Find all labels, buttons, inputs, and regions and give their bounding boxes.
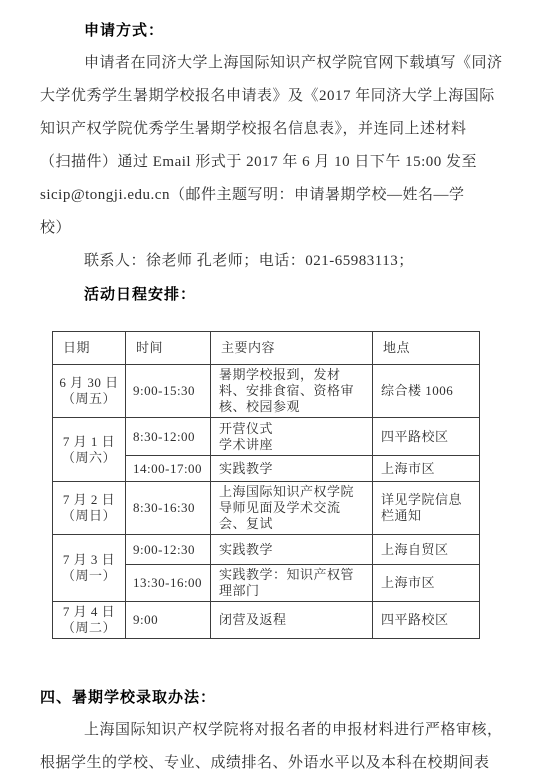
text-line: 校） <box>40 212 497 245</box>
text-line: 上海国际知识产权学院将对报名者的申报材料进行严格审核， <box>40 714 497 747</box>
location-cell: 上海自贸区 <box>373 535 480 565</box>
document-page: 申请方式： 申请者在同济大学上海国际知识产权学院官网下载填写《同济大学优秀学生暑… <box>0 0 536 784</box>
schedule-heading: 活动日程安排： <box>40 278 497 311</box>
table-row: 7 月 4 日 （周二）9:00闭营及返程四平路校区 <box>53 602 480 639</box>
schedule-table-body: 6 月 30 日 （周五）9:00-15:30暑期学校报到，发材料、安排食宿、资… <box>53 365 480 639</box>
location-cell: 上海市区 <box>373 565 480 602</box>
content-cell: 开营仪式 学术讲座 <box>211 418 373 456</box>
location-cell: 详见学院信息栏通知 <box>373 482 480 535</box>
time-cell: 14:00-17:00 <box>126 456 211 482</box>
time-cell: 9:00 <box>126 602 211 639</box>
text-line: 知识产权学院优秀学生暑期学校报名信息表》，并连同上述材料 <box>40 113 497 146</box>
table-row: 7 月 2 日 （周日）8:30-16:30上海国际知识产权学院导师见面及学术交… <box>53 482 480 535</box>
table-row: 7 月 3 日 （周一）9:00-12:30实践教学上海自贸区 <box>53 535 480 565</box>
location-cell: 上海市区 <box>373 456 480 482</box>
contact-line: 联系人：徐老师 孔老师；电话：021-65983113； <box>40 245 497 278</box>
column-header: 主要内容 <box>211 332 373 365</box>
time-cell: 8:30-16:30 <box>126 482 211 535</box>
time-cell: 9:00-12:30 <box>126 535 211 565</box>
time-cell: 9:00-15:30 <box>126 365 211 418</box>
content-cell: 实践教学 <box>211 535 373 565</box>
content-cell: 实践教学 <box>211 456 373 482</box>
time-cell: 13:30-16:00 <box>126 565 211 602</box>
text-line: 根据学生的学校、专业、成绩排名、外语水平以及本科在校期间表 <box>40 747 497 780</box>
column-header: 时间 <box>126 332 211 365</box>
text-line: 大学优秀学生暑期学校报名申请表》及《2017 年同济大学上海国际 <box>40 80 497 113</box>
column-header: 地点 <box>373 332 480 365</box>
date-cell: 7 月 4 日 （周二） <box>53 602 126 639</box>
date-cell: 7 月 1 日 （周六） <box>53 418 126 482</box>
schedule-table: 日期时间主要内容地点 6 月 30 日 （周五）9:00-15:30暑期学校报到… <box>52 331 480 639</box>
admission-heading: 四、暑期学校录取办法： <box>40 681 497 714</box>
content-cell: 闭营及返程 <box>211 602 373 639</box>
table-row: 7 月 1 日 （周六）8:30-12:00开营仪式 学术讲座四平路校区 <box>53 418 480 456</box>
content-cell: 上海国际知识产权学院导师见面及学术交流会、复试 <box>211 482 373 535</box>
time-cell: 8:30-12:00 <box>126 418 211 456</box>
text-line: sicip@tongji.edu.cn（邮件主题写明：申请暑期学校—姓名—学 <box>40 179 497 212</box>
schedule-table-header-row: 日期时间主要内容地点 <box>53 332 480 365</box>
location-cell: 综合楼 1006 <box>373 365 480 418</box>
content-cell: 实践教学：知识产权管理部门 <box>211 565 373 602</box>
column-header: 日期 <box>53 332 126 365</box>
text-line: 申请者在同济大学上海国际知识产权学院官网下载填写《同济 <box>40 47 497 80</box>
location-cell: 四平路校区 <box>373 418 480 456</box>
table-row: 6 月 30 日 （周五）9:00-15:30暑期学校报到，发材料、安排食宿、资… <box>53 365 480 418</box>
location-cell: 四平路校区 <box>373 602 480 639</box>
admission-paragraph: 上海国际知识产权学院将对报名者的申报材料进行严格审核，根据学生的学校、专业、成绩… <box>40 714 497 780</box>
date-cell: 7 月 2 日 （周日） <box>53 482 126 535</box>
apply-method-paragraph: 申请者在同济大学上海国际知识产权学院官网下载填写《同济大学优秀学生暑期学校报名申… <box>40 47 497 245</box>
apply-method-heading: 申请方式： <box>40 14 497 47</box>
content-cell: 暑期学校报到，发材料、安排食宿、资格审核、校园参观 <box>211 365 373 418</box>
date-cell: 6 月 30 日 （周五） <box>53 365 126 418</box>
date-cell: 7 月 3 日 （周一） <box>53 535 126 602</box>
text-line: （扫描件）通过 Email 形式于 2017 年 6 月 10 日下午 15:0… <box>40 146 497 179</box>
